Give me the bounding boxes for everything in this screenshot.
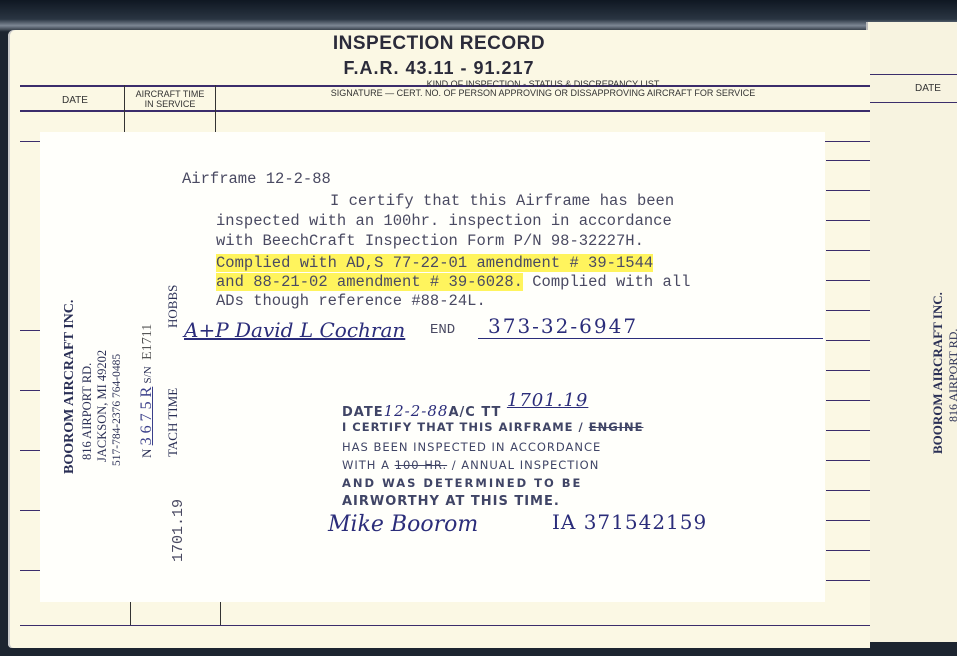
- rule: [868, 102, 957, 103]
- stamp-act-value: 1701.19: [507, 390, 588, 411]
- stamp-line-1: I CERTIFY THAT THIS AIRFRAME / ENGINE: [342, 420, 643, 434]
- rule: [20, 510, 42, 511]
- rule: [826, 250, 870, 251]
- rule: [826, 550, 870, 551]
- signature-line: [478, 338, 823, 339]
- highlighted-ad-2: and 88-21-02 amendment # 39-6028.: [216, 273, 523, 291]
- hobbs-label: HOBBS: [165, 285, 181, 328]
- stamp-date-label: DATE: [342, 405, 384, 420]
- end-label: END: [430, 322, 455, 338]
- serial-label: S/N: [142, 366, 154, 383]
- stamp-line-3: WITH A 100 HR. / ANNUAL INSPECTION: [342, 458, 599, 472]
- stamp-line-5: AIRWORTHY AT THIS TIME.: [342, 494, 560, 509]
- rule: [826, 220, 870, 221]
- sticker-address: 816 AIRPORT RD.: [80, 363, 95, 460]
- next-page-company: BOOROM AIRCRAFT INC.: [930, 292, 946, 454]
- rule: [20, 570, 42, 571]
- rule: [826, 430, 870, 431]
- next-page-date-header: DATE: [898, 84, 957, 94]
- col-kind-2: SIGNATURE — CERT. NO. OF PERSON APPROVIN…: [218, 88, 868, 98]
- entry-line-1: I certify that this Airframe has been: [330, 192, 674, 210]
- entry-line-6: ADs though reference #88-24L.: [216, 292, 486, 310]
- rule: [826, 490, 870, 491]
- rule: [868, 74, 957, 75]
- rule: [826, 400, 870, 401]
- entry-line-4: Complied with AD,S 77-22-01 amendment # …: [216, 254, 653, 272]
- header-bottom-rule: [20, 110, 870, 112]
- rule: [20, 330, 42, 331]
- tach-time-label: TACH TIME: [165, 388, 181, 457]
- tail-number-field: N 3 6 7 5 R S/N E1711: [138, 324, 156, 458]
- rule: [826, 520, 870, 521]
- entry-heading: Airframe 12-2-88: [182, 170, 331, 188]
- rule: [826, 190, 870, 191]
- sticker-city: JACKSON, MI 49202: [95, 350, 110, 462]
- tail-number-value: 3 6 7 5 R: [138, 387, 155, 446]
- col-aircraft-time-2: IN SERVICE: [124, 99, 216, 109]
- sticker-phone: 517-784-2376 764-0485: [111, 354, 123, 466]
- rule: [20, 390, 42, 391]
- next-page: DATE BOOROM AIRCRAFT INC. 816 AIRPORT RD…: [866, 22, 957, 642]
- rule: [826, 460, 870, 461]
- stamp-date-value: 12-2-88: [384, 402, 449, 420]
- sticker-company: BOOROM AIRCRAFT INC.: [62, 300, 78, 474]
- col-divider: [130, 602, 131, 625]
- stamp-struck-100hr: 100 HR.: [395, 458, 448, 472]
- highlighted-ad-1: Complied with AD,S 77-22-01 amendment # …: [216, 254, 653, 272]
- stamp-line-1-text: I CERTIFY THAT THIS AIRFRAME /: [342, 420, 584, 434]
- form-title: INSPECTION RECORD: [8, 33, 870, 55]
- inspection-sticker: BOOROM AIRCRAFT INC. 816 AIRPORT RD. JAC…: [40, 132, 825, 602]
- rule: [826, 370, 870, 371]
- ia-signature: Mike Boorom: [328, 512, 478, 537]
- rule: [826, 310, 870, 311]
- col-aircraft-time-1: AIRCRAFT TIME: [124, 89, 216, 99]
- rule: [826, 280, 870, 281]
- ap-cert-number: 373-32-6947: [488, 314, 638, 338]
- entry-line-3: with BeechCraft Inspection Form P/N 98-3…: [216, 232, 644, 250]
- rule: [826, 340, 870, 341]
- stamp-act-label: A/C TT: [448, 405, 501, 420]
- col-divider: [220, 602, 221, 625]
- form-subtitle: F.A.R. 43.11 - 91.217: [8, 58, 870, 79]
- stamp-line-3-post: / ANNUAL INSPECTION: [452, 458, 600, 472]
- entry-line-2: inspected with an 100hr. inspection in a…: [216, 212, 672, 230]
- entry-line-5: and 88-21-02 amendment # 39-6028. Compli…: [216, 273, 690, 291]
- stamp-line-4: AND WAS DETERMINED TO BE: [342, 476, 582, 490]
- tach-time-value: 1701.19: [170, 499, 187, 562]
- ia-number: IA 371542159: [552, 510, 707, 534]
- stamp-line-3-pre: WITH A: [342, 458, 390, 472]
- tail-number-label: N: [139, 449, 154, 458]
- rule: [826, 160, 870, 161]
- rule: [20, 450, 42, 451]
- entry-line-5-rest: Complied with all: [523, 273, 690, 291]
- binder-edge: [0, 0, 957, 32]
- ap-signature: A+P David L Cochran: [184, 318, 405, 342]
- stamp-date-row: DATE12-2-88A/C TT 1701.19: [342, 400, 588, 421]
- col-date: DATE: [20, 96, 130, 106]
- stamp-line-2: HAS BEEN INSPECTED IN ACCORDANCE: [342, 440, 601, 454]
- next-page-address: 816 AIRPORT RD.: [946, 329, 957, 422]
- rule: [826, 580, 870, 581]
- serial-value: E1711: [140, 324, 155, 360]
- stamp-struck-engine: ENGINE: [589, 420, 644, 434]
- rule: [20, 625, 870, 626]
